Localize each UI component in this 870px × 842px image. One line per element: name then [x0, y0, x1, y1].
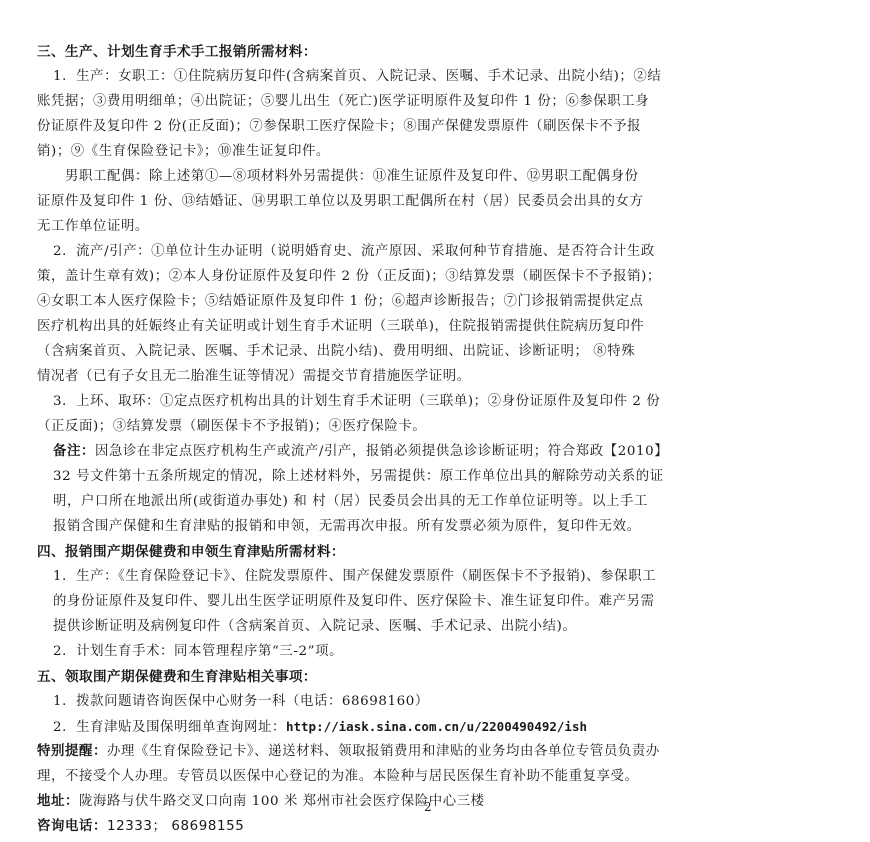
section4-heading: 四、报销围产期保健费和申领生育津贴所需材料：	[37, 542, 345, 562]
section5-heading: 五、领取围产期保健费和生育津贴相关事项：	[37, 667, 317, 687]
section3-line: 3．上环、取环：①定点医疗机构出具的计划生育手术证明（三联单)；②身份证原件及复…	[53, 392, 660, 412]
query-url-link[interactable]: http://iask.sina.com.cn/u/2200490492/ish	[286, 719, 587, 734]
section3-line: 份证原件及复印件 2 份(正反面)；⑦参保职工医疗保险卡；⑧围产保健发票原件（刷…	[37, 117, 641, 137]
section3-line: 证原件及复印件 1 份、⑬结婚证、⑭男职工单位以及男职工配偶所在村（居）民委员会…	[37, 192, 643, 212]
note-line: 报销含围产保健和生育津贴的报销和申领，无需再次申报。所有发票必须为原件，复印件无…	[53, 517, 641, 537]
section3-line: 2．流产/引产：①单位计生办证明（说明婚育史、流产原因、采取何种节育措施、是否符…	[53, 242, 655, 262]
section3-line: 医疗机构出具的妊娠终止有关证明或计划生育手术证明（三联单)，住院报销需提供住院病…	[37, 317, 644, 337]
note-text: 因急诊在非定点医疗机构生产或流产/引产，报销必须提供急诊诊断证明；符合郑政【20…	[95, 444, 668, 459]
section4-line: 提供诊断证明及病例复印件（含病案首页、入院记录、医嘱、手术记录、出院小结)。	[53, 617, 576, 637]
query-url-label: 2．生育津贴及围保明细单查询网址：	[53, 720, 286, 735]
note-label: 备注：	[53, 444, 95, 459]
section3-line: 情况者（已有子女且无二胎准生证等情况）需提交节育措施医学证明。	[37, 367, 471, 387]
section3-line: 账凭据；③费用明细单；④出院证；⑤婴儿出生（死亡)医学证明原件及复印件 1 份；…	[37, 92, 649, 112]
address: 地址：陇海路与伏牛路交叉口向南 100 米 郑州市社会医疗保险中心三楼	[37, 792, 485, 812]
reminder-label: 特别提醒：	[37, 744, 107, 759]
section3-line: 策，盖计生章有效)；②本人身份证原件及复印件 2 份（正反面)；③结算发票（刷医…	[37, 267, 661, 287]
section5-item-1: 1．拨款问题请咨询医保中心财务一科（电话：68698160）	[53, 692, 429, 712]
section4-line: 2．计划生育手术：同本管理程序第“三-2”项。	[53, 642, 343, 662]
section3-heading: 三、生产、计划生育手术手工报销所需材料：	[37, 42, 317, 62]
page-number: 2	[424, 800, 432, 814]
note-line: 32 号文件第十五条所规定的情况，除上述材料外，另需提供：原工作单位出具的解除劳…	[53, 467, 664, 487]
reminder-line: 理，不接受个人办理。专管员以医保中心登记的为准。本险种与居民医保生育补助不能重复…	[37, 767, 639, 787]
section5-item-2: 2．生育津贴及围保明细单查询网址：http://iask.sina.com.cn…	[53, 717, 587, 738]
section3-line: （含病案首页、入院记录、医嘱、手术记录、出院小结)、费用明细、出院证、诊断证明；…	[37, 342, 635, 362]
section3-line: （正反面)；③结算发票（刷医保卡不予报销)；④医疗保险卡。	[37, 417, 426, 437]
note-paragraph: 备注：因急诊在非定点医疗机构生产或流产/引产，报销必须提供急诊诊断证明；符合郑政…	[53, 442, 668, 462]
section3-line: 1．生产：女职工：①住院病历复印件(含病案首页、入院记录、医嘱、手术记录、出院小…	[53, 67, 661, 87]
consult-phone: 咨询电话：12333； 68698155	[37, 817, 244, 837]
section4-line: 的身份证原件及复印件、婴儿出生医学证明原件及复印件、医疗保险卡、准生证复印件。难…	[53, 592, 655, 612]
section3-line: 无工作单位证明。	[37, 217, 149, 237]
address-label: 地址：	[37, 794, 79, 809]
section4-line: 1．生产：《生育保险登记卡》、住院发票原件、围产保健发票原件（刷医保卡不予报销)…	[53, 567, 656, 587]
section3-line: ④女职工本人医疗保险卡；⑤结婚证原件及复印件 1 份；⑥超声诊断报告；⑦门诊报销…	[37, 292, 643, 312]
section3-line: 男职工配偶：除上述第①—⑧项材料外另需提供：⑪准生证原件及复印件、⑫男职工配偶身…	[65, 167, 639, 187]
phone-label: 咨询电话：	[37, 819, 107, 834]
reminder-text: 办理《生育保险登记卡》、递送材料、领取报销费用和津贴的业务均由各单位专管员负责办	[107, 744, 660, 759]
note-line: 明，户口所在地派出所(或街道办事处) 和 村（居）民委员会出具的无工作单位证明等…	[53, 492, 648, 512]
section3-line: 销)；⑨《生育保险登记卡》；⑩准生证复印件。	[37, 142, 330, 162]
phone-value: 12333； 68698155	[107, 819, 244, 834]
special-reminder: 特别提醒：办理《生育保险登记卡》、递送材料、领取报销费用和津贴的业务均由各单位专…	[37, 742, 660, 762]
